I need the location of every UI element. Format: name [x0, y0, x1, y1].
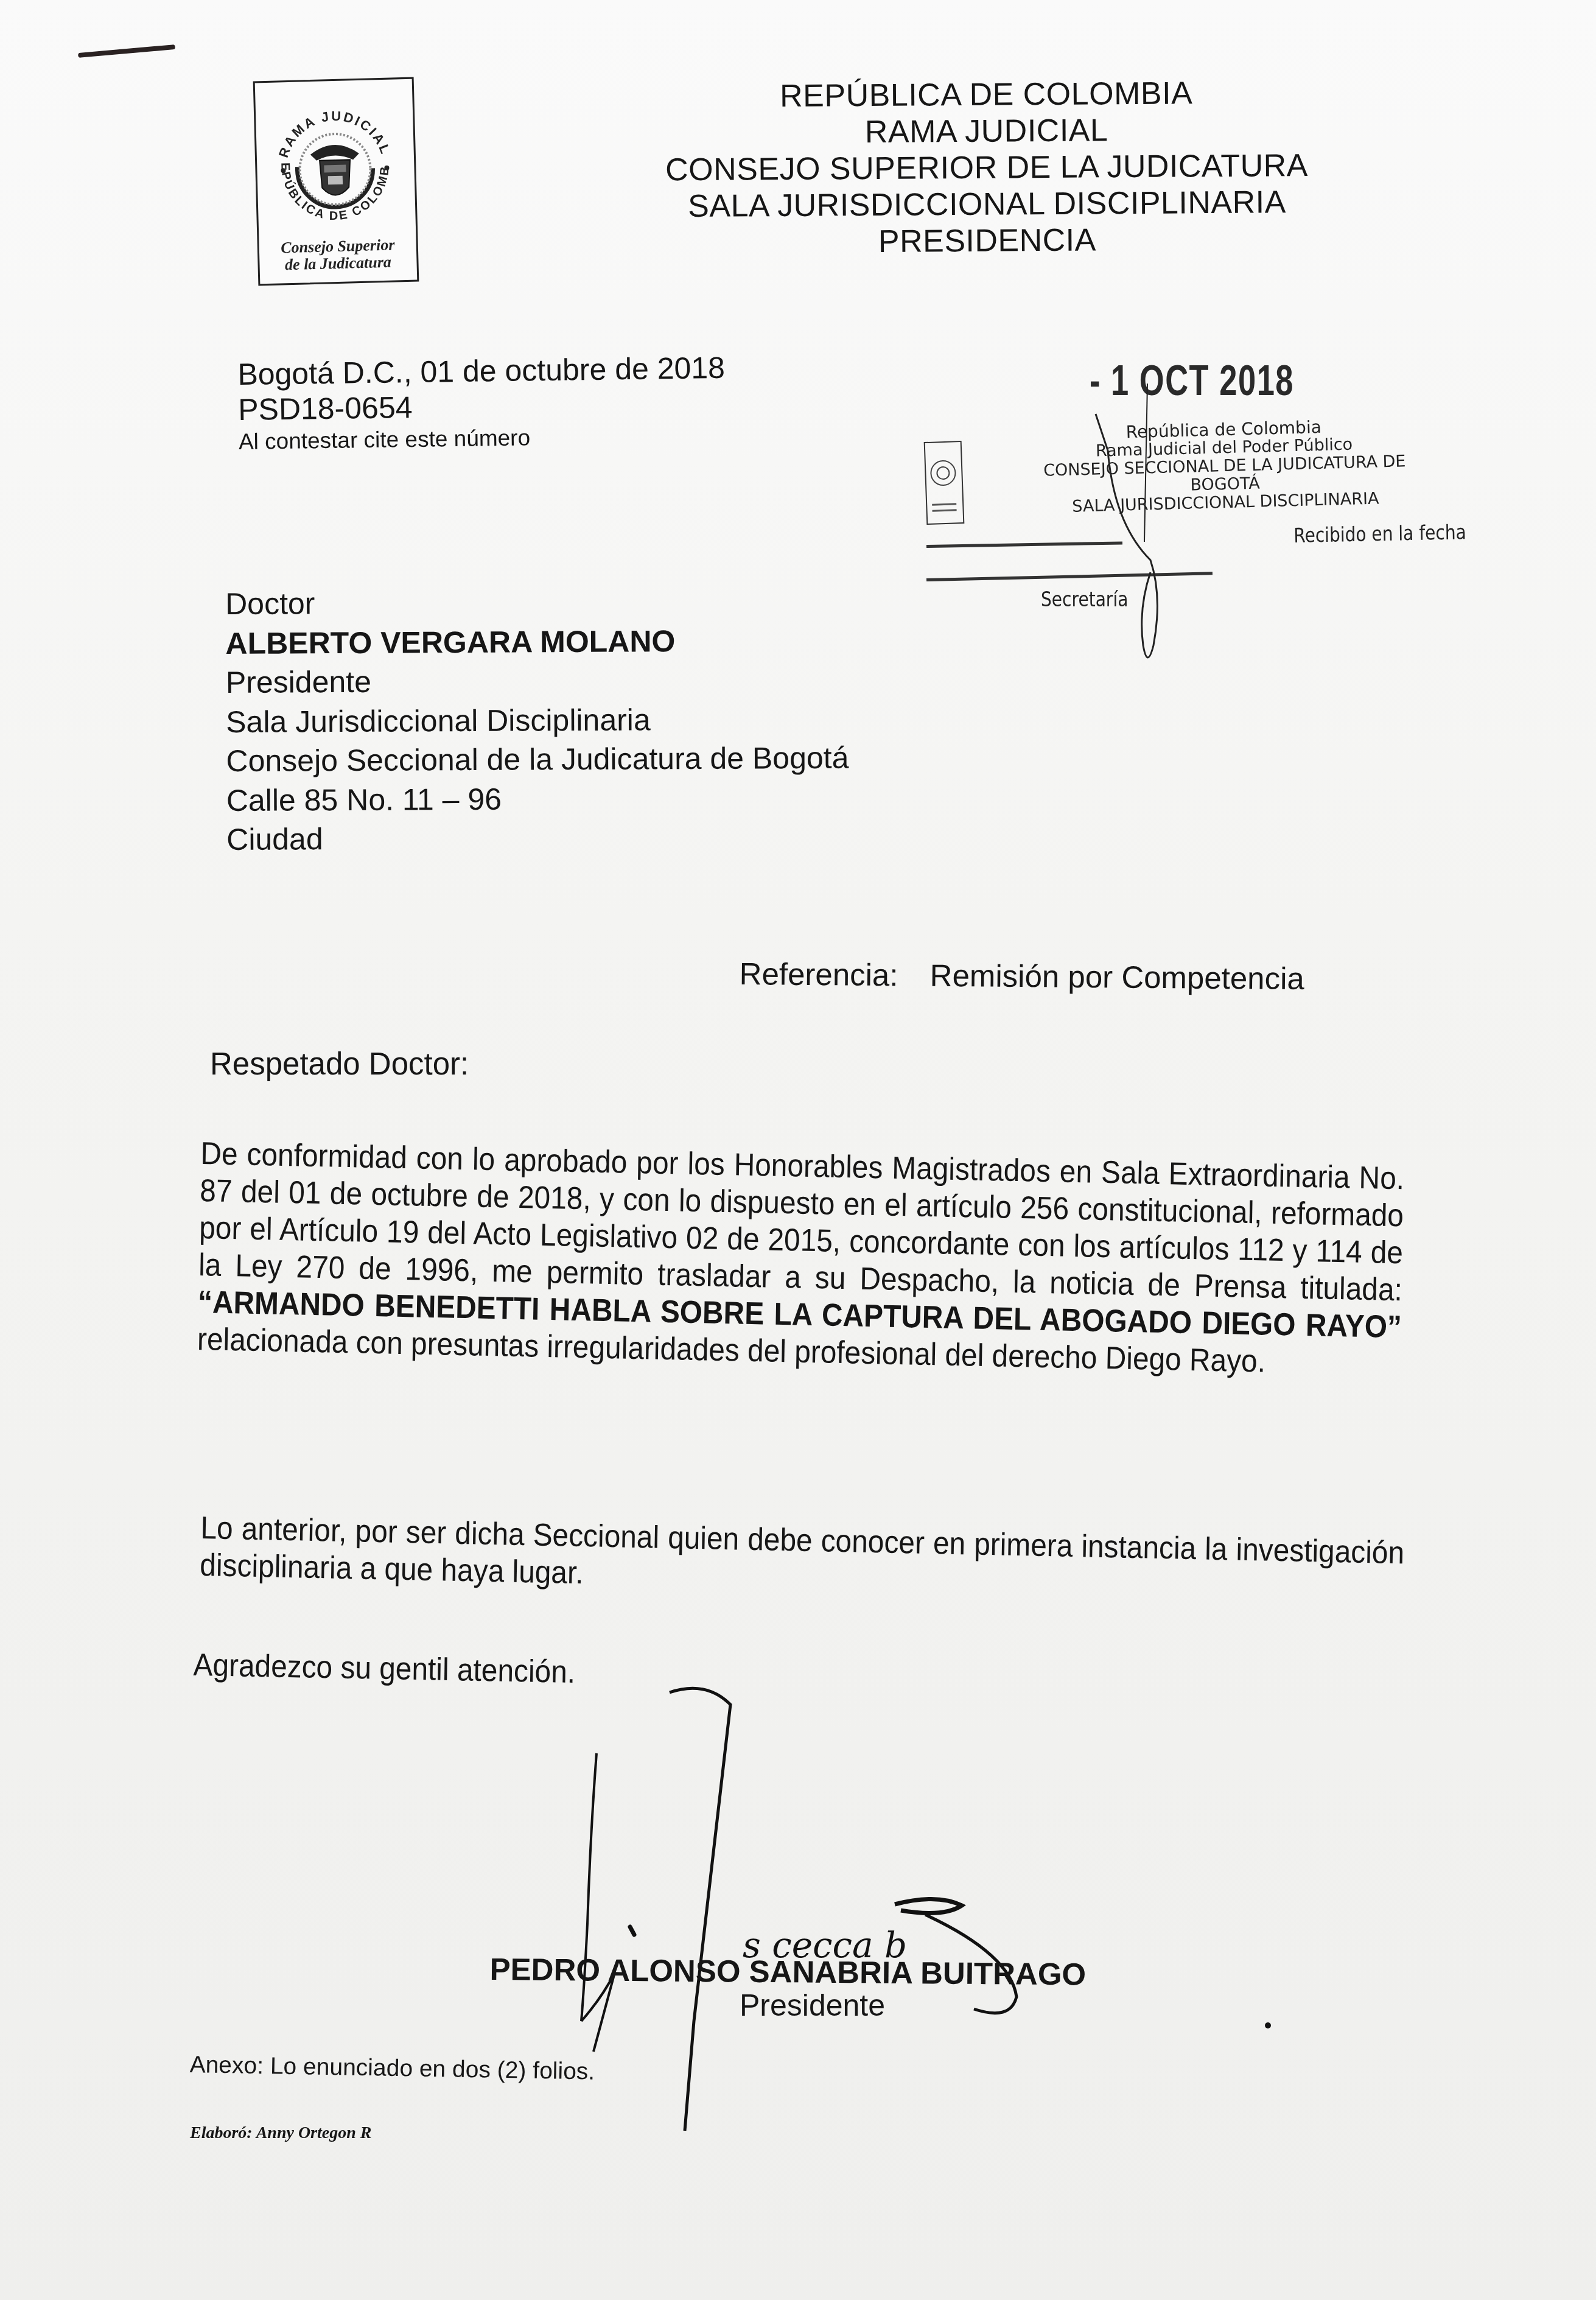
- header-line-country: REPÚBLICA DE COLOMBIA: [609, 74, 1363, 116]
- header-line-council: CONSEJO SUPERIOR DE LA JUDICATURA: [609, 147, 1364, 189]
- recipient-organization: Consejo Seccional de la Judicatura de Bo…: [226, 738, 849, 781]
- reference-label: Referencia:: [739, 956, 898, 992]
- stamp-initials-mark: [913, 341, 1497, 682]
- recipient-position: Presidente: [226, 660, 849, 703]
- recipient-address: Doctor ALBERTO VERGARA MOLANO Presidente…: [225, 581, 849, 860]
- logo-caption: Consejo Superior de la Judicatura: [259, 236, 416, 275]
- received-stamp: - 1 OCT 2018 República de Colombia Rama …: [913, 341, 1497, 682]
- recipient-city: Ciudad: [226, 817, 849, 860]
- reference-value: Remisión por Competencia: [929, 958, 1304, 996]
- signer-title: Presidente: [740, 1988, 885, 2023]
- letterhead-title: REPÚBLICA DE COLOMBIA RAMA JUDICIAL CONS…: [609, 74, 1365, 262]
- date-reference-block: Bogotá D.C., 01 de octubre de 2018 PSD18…: [237, 349, 726, 457]
- prepared-by: Elaboró: Anny Ortegon R: [190, 2123, 371, 2143]
- recipient-street: Calle 85 No. 11 – 96: [226, 777, 849, 820]
- recipient-title: Doctor: [225, 581, 848, 624]
- header-line-office: PRESIDENCIA: [610, 220, 1365, 262]
- place-date: Bogotá D.C., 01 de octubre de 2018: [237, 349, 725, 393]
- header-line-chamber: SALA JURISDICCIONAL DISCIPLINARIA: [609, 183, 1364, 225]
- header-line-branch: RAMA JUDICIAL: [609, 110, 1363, 152]
- ink-speck: [1265, 2022, 1271, 2028]
- salutation: Respetado Doctor:: [210, 1046, 469, 1082]
- reference-line: Referencia: Remisión por Competencia: [739, 956, 1304, 997]
- institution-logo: RAMA JUDICIAL REPÚBLICA DE COLOMBIA Cons…: [253, 77, 419, 286]
- coat-of-arms-seal-icon: RAMA JUDICIAL REPÚBLICA DE COLOMBIA: [267, 97, 404, 235]
- recipient-name: ALBERTO VERGARA MOLANO: [225, 620, 848, 663]
- body-paragraph: De conformidad con lo aprobado por los H…: [197, 1135, 1405, 1383]
- signer-name: PEDRO ALONSO SANABRIA BUITRAGO: [489, 1951, 1086, 1993]
- recipient-department: Sala Jurisdiccional Disciplinaria: [226, 699, 849, 742]
